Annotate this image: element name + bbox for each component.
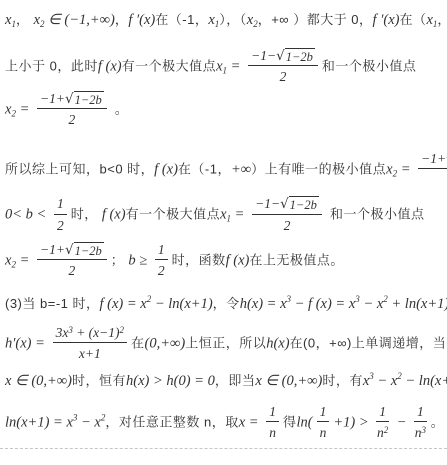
square-root: √1−2b [276,48,315,65]
math-expression: + (x−1) [73,325,120,340]
math-expression: x ∈ (0,+∞) [5,373,72,389]
math-expression: −1+ [40,242,65,257]
solution-line-5: 0< b < 12时， f (x)有一个极大值点x1 = −1−√1−2b2 和… [5,194,443,234]
text-run: ，+∞ ）都大于 0， [258,12,373,27]
fraction-denominator: n [269,422,276,442]
text-run: ， [115,12,129,27]
solution-line-6: x2 = −1+√1−2b2； b ≥ 12时，函数f (x)在上无极值点。 [5,240,443,280]
math-expression: + ln(x+1) [388,296,447,312]
math-expression: f (x) [154,161,178,177]
radical-sign: √ [65,91,74,107]
text-run: 上恒正，所以 [185,336,266,351]
fraction-numerator: −1+√1−2b [418,149,447,169]
fraction-denominator: n [320,422,327,442]
fraction: −1+√1−2b2 [37,89,107,129]
square-root: √1−2b [65,242,104,259]
text-run: ），（ [219,12,247,27]
fraction-denominator: n2 [377,422,388,442]
math-expression: = [16,101,33,117]
fraction-numerator: 1 [376,402,389,422]
fraction: −1+√1−2b2 [37,240,107,280]
math-expression: h(x) = x [240,296,287,312]
math-expression: − x [77,414,100,430]
fraction-numerator: −1−√1−2b [248,46,318,66]
fraction-numerator: −1−√1−2b [252,194,322,214]
text-run: 时，函数 [172,252,226,267]
text-run: 在 [131,336,145,351]
fraction-denominator: 2 [57,215,64,235]
fraction: −1−√1−2b2 [252,194,322,234]
math-expression: −1− [251,48,276,63]
math-expression: − [393,414,410,430]
fraction: 12 [155,240,168,280]
fraction-numerator: 1 [155,240,168,260]
text-run: 时，有 [322,373,363,388]
text-run: ）上有唯一的极小值点 [251,161,386,176]
text-run: ，即当 [215,373,256,388]
math-expression: 1 [379,404,386,419]
text-run: ，令 [213,296,240,311]
math-expression: 2 [57,218,64,233]
math-expression: f ′(x) [128,12,155,28]
text-run: 上小于 0，此时 [5,59,98,74]
math-expression: b ≥ [128,252,150,268]
math-expression: 2 [284,218,291,233]
fraction-denominator: n3 [415,422,426,442]
text-run: 时，恒有 [72,373,126,388]
math-expression: − f (x) = x [291,296,355,312]
solution-line-1: x1， x2 ∈ (−1,+∞)，f ′(x)在（-1，x1），（x2，+∞ ）… [5,8,443,31]
radicand: 1−2b [74,242,104,259]
math-expression: f (x) [102,207,126,223]
fraction-denominator: 2 [284,215,291,235]
math-expression: = [397,161,414,177]
math-expression: n [320,425,327,440]
fraction: 3x3 + (x−1)2x+1 [53,323,127,363]
fraction: 1n [317,402,330,442]
radicand: 1−2b [289,196,319,213]
text-run: 有一个极大值点 [126,207,221,222]
solution-line-7: (3)当 b=-1 时，f (x) = x2 − ln(x+1)，令h(x) =… [5,292,443,315]
square-root: √1−2b [65,91,104,108]
fraction-numerator: −1+√1−2b [37,240,107,260]
solution-line-3: x2 = −1+√1−2b2 。 [5,89,443,129]
fraction: −1+√1−2b2 [418,149,447,189]
fraction-numerator: 1 [54,194,67,214]
fraction-numerator: 1 [317,402,330,422]
radicand: 1−2b [285,48,315,65]
text-run: 在（-1， [178,161,231,176]
math-expression: (0,+∞) [145,336,186,352]
radical-sign: √ [280,196,289,212]
text-run: ； [111,252,129,267]
fraction: −1−√1−2b2 [248,46,318,86]
dashed-divider [0,448,447,449]
fraction-denominator: 2 [158,260,165,280]
radical-sign: √ [276,48,285,64]
text-run: 有一个极大值点 [122,59,217,74]
math-expression: 1 [269,404,276,419]
fraction: 1n2 [376,402,389,442]
fraction-denominator: 2 [69,109,76,129]
text-run: 。 [111,101,129,116]
math-expression: x = [239,414,262,430]
text-run: 在（-1， [155,12,208,27]
math-expression: = [16,252,33,268]
math-expression: − x [360,296,383,312]
text-run: 和一个极小值点 [326,207,425,222]
superscript: 3 [422,425,427,435]
fraction-numerator: −1+√1−2b [37,89,107,109]
math-expression: ln( [296,414,312,430]
text-run: 。 [431,414,445,429]
solution-line-10: ln(x+1) = x3 − x2，对任意正整数 n，取x = 1n得ln(1n… [5,402,443,442]
math-expression: = [231,207,248,223]
math-expression: n [415,425,422,440]
text-run: 在(0，+∞)上单调递增，当 [290,336,447,351]
math-expression: n [377,425,384,440]
fraction: 12 [54,194,67,234]
math-expression: − ln(x+1) [402,373,447,389]
text-run: ， [16,12,34,27]
math-expression: f (x) [98,59,122,75]
fraction-denominator: 2 [280,66,287,86]
math-expression: 2 [69,112,76,127]
fraction: 1n3 [414,402,427,442]
radicand: 1−2b [74,91,104,108]
math-expression: − ln(x+1) [151,296,212,312]
math-expression: −1+ [421,151,446,166]
fraction: 1n [266,402,279,442]
solution-line-8: h′(x) = 3x3 + (x−1)2x+1在(0,+∞)上恒正，所以h(x)… [5,323,443,363]
math-expression: f ′(x) [373,12,400,28]
math-expression: 2 [158,263,165,278]
text-run: 在上无极值点。 [249,252,344,267]
math-expression: 1 [320,404,327,419]
math-expression: f (x) = x [100,296,147,312]
text-run: ，对任意正整数 n，取 [105,414,238,429]
math-expression: h′(x) = [5,336,49,352]
math-expression: f (x) [226,252,250,268]
math-expression: x ∈ (0,+∞) [255,373,322,389]
math-expression: = [227,59,244,75]
square-root: √1−2b [280,196,319,213]
math-expression: − x [374,373,397,389]
math-expression: 2 [69,263,76,278]
text-run: 时， [71,207,102,222]
math-expression: n [269,425,276,440]
fraction-numerator: 1 [266,402,279,422]
math-solution-document: x1， x2 ∈ (−1,+∞)，f ′(x)在（-1，x1），（x2，+∞ ）… [0,0,447,442]
fraction-numerator: 3x3 + (x−1)2 [53,323,127,343]
math-expression: 1 [158,242,165,257]
math-expression: 0< b < [5,207,50,223]
text-run: ， [437,12,447,27]
math-expression: h(x) [266,336,289,352]
solution-line-4: 所以综上可知，b<0 时，f (x)在（-1，+∞）上有唯一的极小值点x2 = … [5,149,443,189]
math-expression: 1 [57,196,64,211]
math-expression: +∞ [231,161,251,177]
math-expression: x+1 [79,346,101,361]
math-expression: 2 [280,69,287,84]
math-expression: h(x) > h(0) = 0 [126,373,215,389]
math-expression: −1− [255,196,280,211]
text-run: (3)当 b=-1 时， [5,296,100,311]
math-expression: 3x [56,325,69,340]
text-run: 和一个极小值点 [322,59,417,74]
math-expression: ∈ (−1,+∞) [45,12,115,28]
math-expression: +1) > [333,414,372,430]
solution-line-9: x ∈ (0,+∞)时，恒有h(x) > h(0) = 0，即当x ∈ (0,+… [5,369,443,392]
math-expression: ln(x+1) = x [5,414,73,430]
fraction-denominator: 2 [69,260,76,280]
fraction-denominator: x+1 [79,343,101,363]
text-run: 在（ [399,12,426,27]
superscript: 2 [384,425,389,435]
fraction-numerator: 1 [414,402,427,422]
radical-sign: √ [65,242,74,258]
text-run: 得 [283,414,297,429]
math-expression: 1 [417,404,424,419]
math-expression: −1+ [40,91,65,106]
superscript: 2 [120,325,125,335]
text-run: 所以综上可知，b<0 时， [5,161,154,176]
solution-line-2: 上小于 0，此时f (x)有一个极大值点x1 = −1−√1−2b2和一个极小值… [5,46,443,86]
